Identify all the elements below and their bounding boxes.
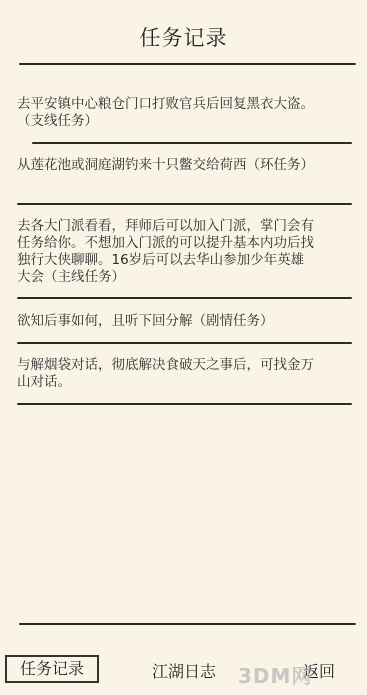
tab-jianghu-journal[interactable]: 江湖日志 bbox=[152, 659, 216, 682]
quest-entry[interactable]: 欲知后事如何，且听下回分解（剧情任务） bbox=[17, 313, 317, 330]
divider bbox=[19, 63, 356, 65]
page-title: 任务记录 bbox=[0, 22, 367, 52]
quest-entry[interactable]: 去各大门派看看，拜师后可以加入门派，掌门会有任务给你。不想加入门派的可以提升基本… bbox=[17, 218, 317, 286]
watermark: 3DM网 bbox=[238, 660, 312, 689]
quest-entry[interactable]: 与解烟袋对话，彻底解决食破天之事后，可找金万山对话。 bbox=[17, 357, 317, 391]
quest-entry[interactable]: 从莲花池或洞庭湖钓来十只鳖交给荷西（环任务） bbox=[17, 157, 317, 174]
divider bbox=[17, 297, 352, 299]
divider bbox=[17, 403, 352, 405]
quest-entry[interactable]: 去平安镇中心粮仓门口打败官兵后回复黑衣大盗。（支线任务） bbox=[17, 96, 317, 130]
divider bbox=[17, 203, 352, 205]
divider bbox=[17, 342, 352, 344]
divider bbox=[32, 142, 352, 144]
tab-quest-log[interactable]: 任务记录 bbox=[5, 655, 99, 683]
divider bbox=[19, 623, 356, 625]
